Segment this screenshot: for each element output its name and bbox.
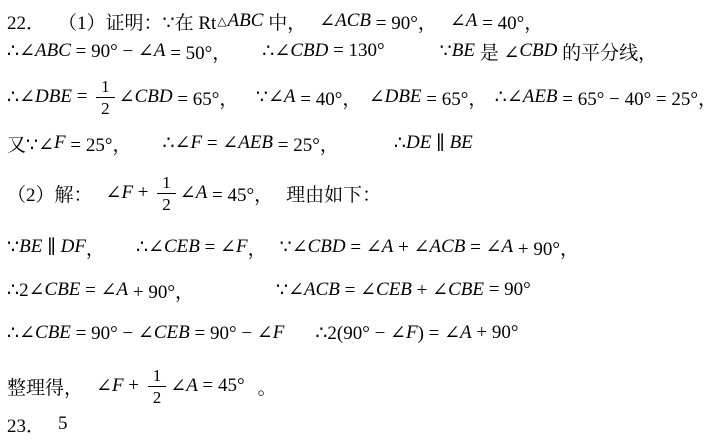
math-variable: ABC (35, 40, 71, 62)
line-problem-23-answer: 23．5 (7, 409, 717, 439)
text-run: + 90°， (513, 234, 579, 261)
text-run: ∵∠ (280, 236, 308, 259)
document-page: 22．（1）证明：∵在 Rt△ABC 中，∠ACB = 90°，∠A = 40°… (0, 0, 717, 442)
text-run: ∠ (119, 86, 135, 109)
math-variable: CBD (290, 40, 328, 62)
text-run: ∴∠ (162, 132, 190, 155)
line-proof-given: 22．（1）证明：∵在 Rt△ABC 中，∠ACB = 90°，∠A = 40°… (7, 6, 717, 36)
text-run: + (124, 375, 144, 397)
math-variable: DBE (385, 86, 422, 108)
text-run: = 90° (484, 279, 531, 301)
line-angle-abc-cbd: ∴∠ABC = 90° − ∠A = 50°，∴∠CBD = 130°∵BE 是… (7, 36, 717, 66)
text-run: = (72, 86, 92, 108)
text-run: = 90°， (371, 8, 437, 35)
text-run: （2）解： (7, 180, 93, 207)
math-variable: DE (406, 132, 431, 154)
math-variable: DF (61, 236, 86, 258)
text-run: = ∠ (200, 236, 236, 259)
fraction: 12 (157, 173, 176, 213)
text-run: ∠ (96, 375, 112, 398)
text-run: = 40°， (477, 8, 543, 35)
fraction-denominator: 2 (162, 194, 171, 213)
math-variable: ACB (430, 236, 466, 258)
text-run: = 25°， (66, 130, 132, 157)
text-run: = 40°， (296, 84, 362, 111)
text-run: = 65°， (173, 84, 239, 111)
fraction-denominator: 2 (153, 387, 162, 406)
math-variable: BE (452, 40, 475, 62)
math-variable: ACB (304, 279, 340, 301)
text-run: = ∠ (346, 236, 382, 259)
text-run: ∠ (170, 375, 186, 398)
math-variable: A (460, 322, 472, 344)
math-variable: CBD (519, 40, 557, 62)
text-run: 的平分线， (557, 38, 657, 65)
text-run: = 45° (198, 375, 245, 397)
text-run: = ∠ (340, 279, 376, 302)
text-run: ∵∠ (276, 279, 304, 302)
text-run: ， (86, 234, 105, 261)
text-run: 中， (263, 8, 306, 35)
line-double-angle: ∴2∠CBE = ∠A + 90°，∵∠ACB = ∠CEB + ∠CBE = … (7, 275, 717, 305)
text-run: + 90° (472, 322, 519, 344)
text-run: + ∠ (412, 279, 448, 302)
text-run: = 45°， (207, 180, 273, 207)
math-variable: CEB (376, 279, 412, 301)
text-run: ∠ (106, 182, 122, 205)
text-run: ， (248, 234, 267, 261)
math-variable: A (186, 375, 198, 397)
math-variable: CBE (45, 279, 81, 301)
text-run: = 25°， (273, 130, 339, 157)
text-run: ∵ (440, 40, 452, 63)
text-run: = 50°， (165, 38, 231, 65)
math-variable: CEB (164, 236, 200, 258)
text-run: ∠ (369, 86, 385, 109)
math-variable: CBE (35, 322, 71, 344)
text-run: ) = ∠ (418, 322, 460, 345)
text-run: = 65° − 40° = 25°， (558, 84, 717, 111)
text-run: ∠ (180, 182, 196, 205)
fraction-numerator: 1 (96, 77, 115, 98)
math-variable: A (117, 279, 129, 301)
math-variable: F (273, 322, 285, 344)
math-variable: ABC (228, 10, 264, 32)
text-run: 理由如下： (286, 180, 381, 207)
math-variable: A (284, 86, 296, 108)
line-parallel-equalities: ∵BE ∥ DF，∴∠CEB = ∠F，∵∠CBD = ∠A + ∠ACB = … (7, 232, 717, 262)
math-variable: A (466, 10, 478, 32)
text-run: 是 ∠ (475, 38, 519, 65)
math-variable: DBE (35, 86, 72, 108)
text-run: ∴∠ (7, 40, 35, 63)
text-run: ∴2∠ (7, 279, 45, 302)
math-variable: A (154, 40, 166, 62)
text-run: = ∠ (202, 132, 238, 155)
math-variable: CEB (154, 322, 190, 344)
text-run: ∵ (7, 236, 19, 259)
fraction-numerator: 1 (148, 366, 167, 387)
solution-lines-container: 22．（1）证明：∵在 Rt△ABC 中，∠ACB = 90°，∠A = 40°… (7, 6, 717, 439)
math-variable: BE (19, 236, 42, 258)
text-run: ∴∠ (7, 322, 35, 345)
line-parallel-conclusion: 又∵∠F = 25°，∴∠F = ∠AEB = 25°，∴DE ∥ BE (7, 128, 717, 158)
text-run: ∴2(90° − ∠ (315, 322, 406, 345)
math-variable: F (112, 375, 124, 397)
text-run: + 90°， (128, 277, 194, 304)
text-run: = ∠ (465, 236, 501, 259)
math-variable: A (196, 182, 208, 204)
text-run: ∴∠ (136, 236, 164, 259)
line-simplified-result: 整理得，∠F + 12∠A = 45°。 (7, 363, 717, 409)
text-run: = 65°， (422, 84, 488, 111)
math-variable: F (190, 132, 202, 154)
math-variable: F (406, 322, 418, 344)
fraction-denominator: 2 (101, 98, 110, 117)
text-run: = 130° (328, 40, 384, 62)
text-run: 整理得， (7, 373, 83, 400)
text-run: + (133, 182, 153, 204)
text-run: 23． (7, 411, 45, 438)
math-variable: ACB (335, 10, 371, 32)
math-variable: A (382, 236, 394, 258)
math-variable: A (502, 236, 514, 258)
math-variable: F (236, 236, 248, 258)
text-run: ∥ (431, 132, 449, 155)
math-variable: CBD (135, 86, 173, 108)
fraction: 12 (148, 366, 167, 406)
math-variable: F (121, 182, 133, 204)
text-run: 5 (58, 413, 68, 435)
math-variable: F (54, 132, 66, 154)
text-run: ∴ (394, 132, 406, 155)
fraction-numerator: 1 (157, 173, 176, 194)
text-run: = ∠ (80, 279, 116, 302)
math-variable: AEB (238, 132, 273, 154)
text-run: ∴∠ (262, 40, 290, 63)
line-angle-dbe-aeb: ∴∠DBE = 12∠CBD = 65°，∵∠A = 40°，∠DBE = 65… (7, 74, 717, 120)
text-run: + ∠ (393, 236, 429, 259)
text-run: 。 (258, 373, 277, 400)
text-run: 22． (7, 8, 45, 35)
text-run: ∵∠ (256, 86, 284, 109)
math-variable: CBE (448, 279, 484, 301)
math-variable: BE (450, 132, 473, 154)
triangle-icon: △ (216, 14, 227, 29)
fraction: 12 (96, 77, 115, 117)
math-variable: AEB (523, 86, 558, 108)
text-run: 又∵∠ (7, 130, 54, 157)
line-substitution: ∴∠CBE = 90° − ∠CEB = 90° − ∠F∴2(90° − ∠F… (7, 318, 717, 348)
text-run: = 90° − ∠ (190, 322, 273, 345)
line-part2-claim: （2）解：∠F + 12∠A = 45°，理由如下： (7, 170, 717, 216)
text-run: ∠ (450, 10, 466, 33)
text-run: ∴∠ (7, 86, 35, 109)
text-run: ∴∠ (495, 86, 523, 109)
text-run: = 90° − ∠ (71, 322, 154, 345)
text-run: = 90° − ∠ (71, 40, 154, 63)
text-run: ∠ (319, 10, 335, 33)
text-run: （1）证明：∵在 Rt (58, 8, 216, 35)
text-run: ∥ (42, 236, 60, 259)
math-variable: CBD (308, 236, 346, 258)
